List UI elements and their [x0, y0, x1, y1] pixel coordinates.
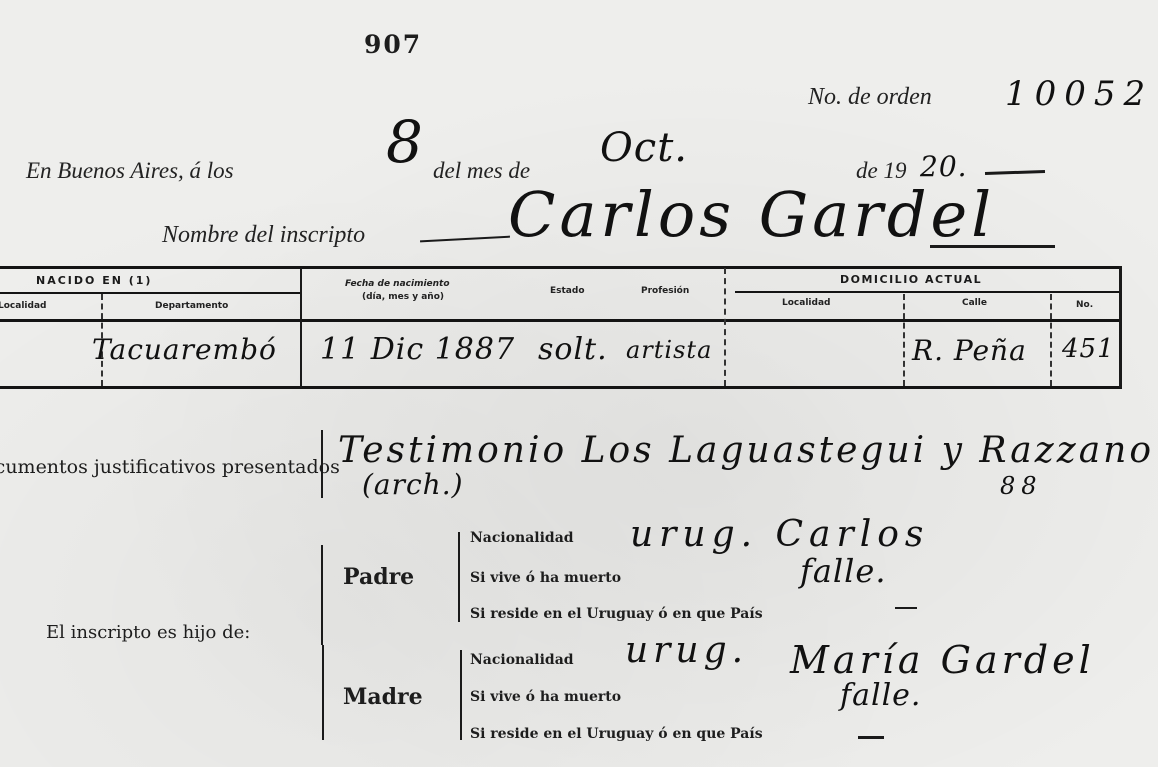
domicilio-header: DOMICILIO ACTUAL — [840, 273, 982, 286]
estado-header: Estado — [550, 286, 585, 296]
father-field-residence: Si reside en el Uruguay ó en que País — [470, 606, 763, 622]
father-field-nationality: Nacionalidad — [470, 530, 574, 546]
documents-line-1: Testimonio Los Laguastegui y Razzano — [338, 430, 1154, 471]
order-number-label: No. de orden — [808, 84, 932, 111]
table-top-border — [0, 266, 1122, 269]
domicilio-number-header: No. — [1076, 300, 1093, 310]
registrant-name: Carlos Gardel — [508, 178, 995, 251]
father-residence-dash — [895, 607, 917, 609]
father-field-alive: Si vive ó ha muerto — [470, 570, 621, 586]
profesion-value: artista — [626, 336, 712, 364]
name-label: Nombre del inscripto — [162, 222, 365, 249]
registration-month: Oct. — [600, 125, 688, 171]
birth-date-value: 11 Dic 1887 — [320, 332, 515, 367]
mother-bracket — [460, 650, 462, 740]
estado-value: solt. — [538, 332, 608, 367]
profesion-header: Profesión — [641, 286, 689, 296]
mother-field-alive: Si vive ó ha muerto — [470, 689, 621, 705]
mother-label: Madre — [343, 684, 423, 710]
table-bottom-border — [0, 386, 1122, 389]
father-nationality-value: urug. Carlos — [630, 514, 929, 555]
table-divider — [1050, 294, 1052, 386]
domicilio-street-value: R. Peña — [912, 334, 1027, 367]
order-number-value: 10052 — [1005, 74, 1153, 114]
documents-bracket — [321, 430, 323, 498]
mother-nationality-value: urug. — [625, 630, 748, 671]
mother-status-value: falle. — [840, 678, 921, 713]
name-flourish — [930, 245, 1055, 248]
documents-line-2: (arch.) — [362, 468, 464, 501]
page-number: 907 — [364, 30, 422, 59]
born-in-header: NACIDO EN (1) — [36, 274, 152, 287]
born-department-header: Departamento — [155, 301, 228, 311]
documents-label: Documentos justificativos presentados — [0, 456, 340, 478]
mother-residence-dash — [858, 736, 884, 739]
table-right-border — [1119, 266, 1122, 388]
registration-day: 8 — [386, 108, 424, 176]
domicilio-street-header: Calle — [962, 298, 987, 308]
domicilio-subheader-line — [735, 291, 1120, 293]
born-subheader-line — [0, 292, 300, 294]
father-label: Padre — [343, 564, 414, 590]
parents-bracket-bottom — [322, 645, 324, 740]
parents-label: El inscripto es hijo de: — [46, 622, 250, 643]
born-locality-header: Localidad — [0, 301, 46, 311]
documents-note: 88 — [1000, 472, 1043, 500]
table-header-bottom — [0, 319, 1120, 322]
domicilio-locality-header: Localidad — [782, 298, 830, 308]
born-department-value: Tacuarembó — [92, 333, 277, 366]
mother-name-value: María Gardel — [790, 638, 1095, 682]
father-status-value: falle. — [800, 552, 887, 590]
page-margin — [1158, 0, 1175, 767]
birth-date-header: Fecha de nacimiento — [345, 279, 450, 289]
table-divider — [300, 268, 302, 388]
table-divider — [724, 268, 726, 386]
domicilio-number-value: 451 — [1062, 334, 1115, 364]
birth-date-subheader: (día, mes y año) — [362, 292, 444, 302]
table-divider — [903, 294, 905, 386]
parents-bracket-top — [321, 545, 323, 645]
place-date-prefix: En Buenos Aires, á los — [26, 158, 234, 184]
mother-field-nationality: Nacionalidad — [470, 652, 574, 668]
mother-field-residence: Si reside en el Uruguay ó en que País — [470, 726, 763, 742]
father-bracket — [458, 532, 460, 622]
